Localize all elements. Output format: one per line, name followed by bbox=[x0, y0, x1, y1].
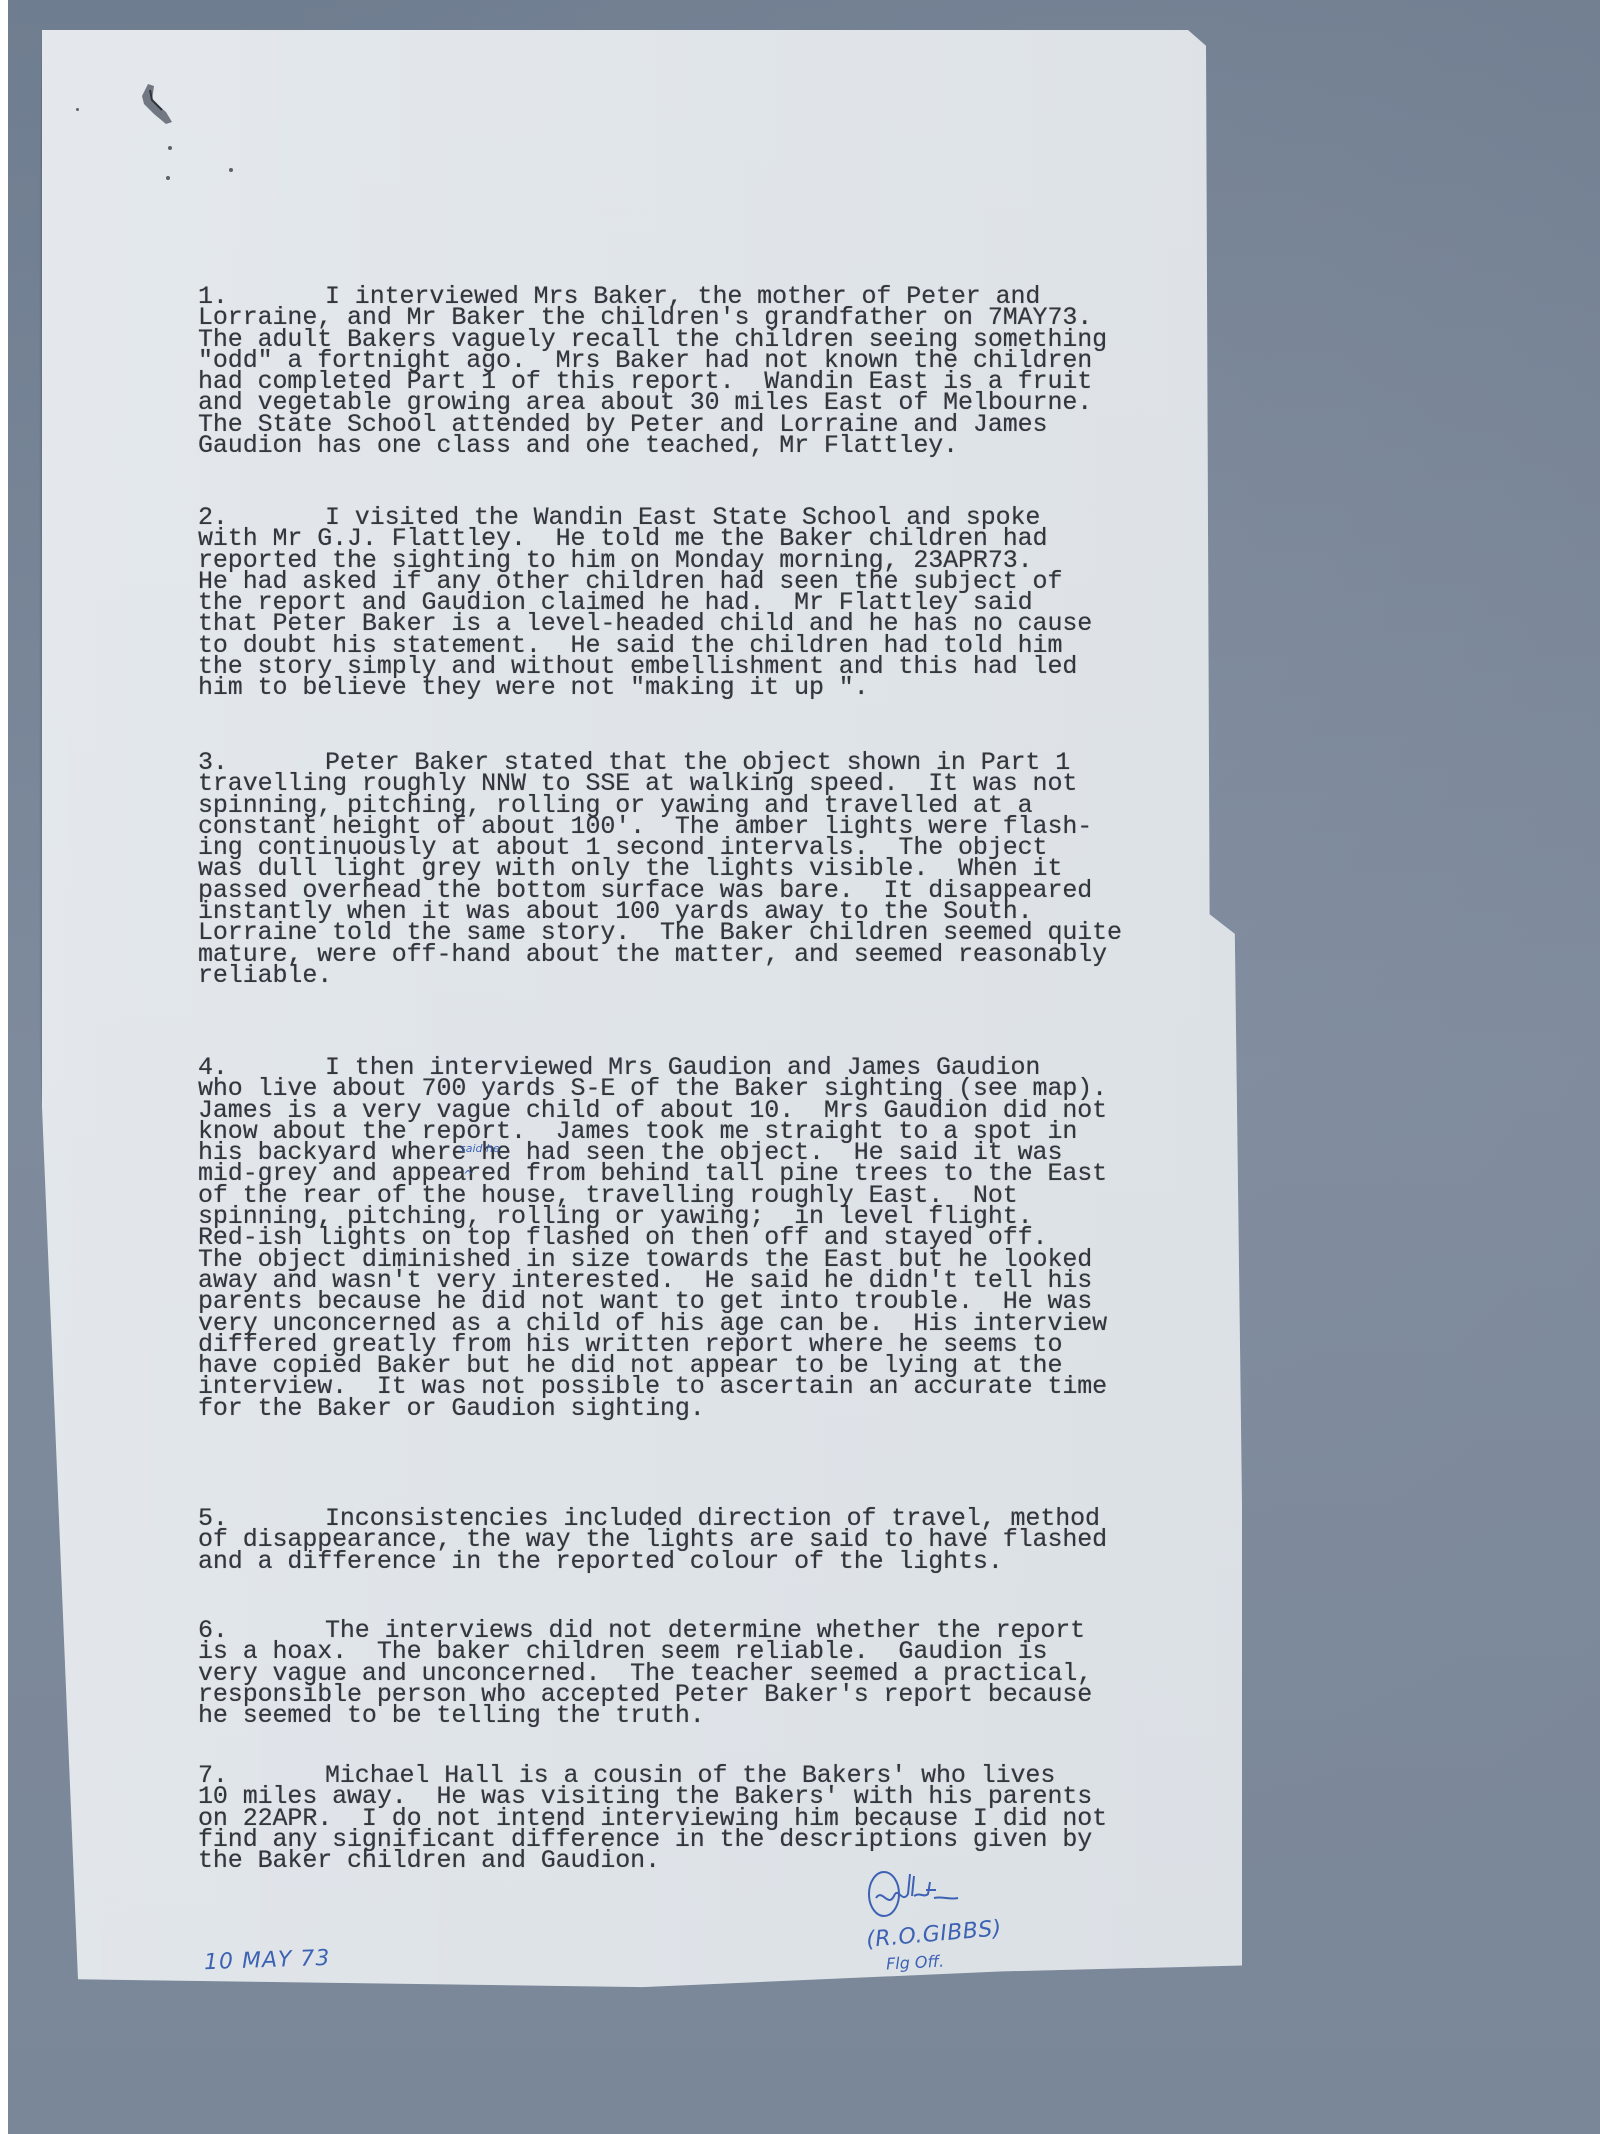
paragraph-3: 3.Peter Baker stated that the object sho… bbox=[198, 752, 1122, 986]
paragraph-6: 6.The interviews did not determine wheth… bbox=[198, 1620, 1092, 1726]
insertion-caret: ^ bbox=[463, 1168, 473, 1182]
handwritten-insertion: said he bbox=[460, 1142, 500, 1155]
torn-corner-mark-icon bbox=[138, 82, 174, 128]
paragraph-2: 2.I visited the Wandin East State School… bbox=[198, 507, 1092, 699]
signature-rank: Flg Off. bbox=[886, 1951, 945, 1973]
paragraph-4: 4.I then interviewed Mrs Gaudion and Jam… bbox=[198, 1057, 1107, 1419]
scan-edge bbox=[0, 0, 8, 2134]
handwritten-date: 10 MAY 73 bbox=[204, 1946, 331, 1975]
typed-line: mature, were off-hand about the matter, … bbox=[198, 944, 1122, 965]
signature-scrawl-icon bbox=[862, 1868, 972, 1924]
paragraph-1: 1.I interviewed Mrs Baker, the mother of… bbox=[198, 286, 1107, 456]
ink-speck bbox=[168, 146, 172, 150]
paragraph-5: 5.Inconsistencies included direction of … bbox=[198, 1508, 1107, 1572]
ink-speck bbox=[166, 176, 170, 180]
paragraph-7: 7.Michael Hall is a cousin of the Bakers… bbox=[198, 1765, 1107, 1871]
ink-speck bbox=[76, 108, 79, 111]
typed-line: and a difference in the reported colour … bbox=[198, 1551, 1107, 1572]
ink-speck bbox=[229, 168, 233, 172]
